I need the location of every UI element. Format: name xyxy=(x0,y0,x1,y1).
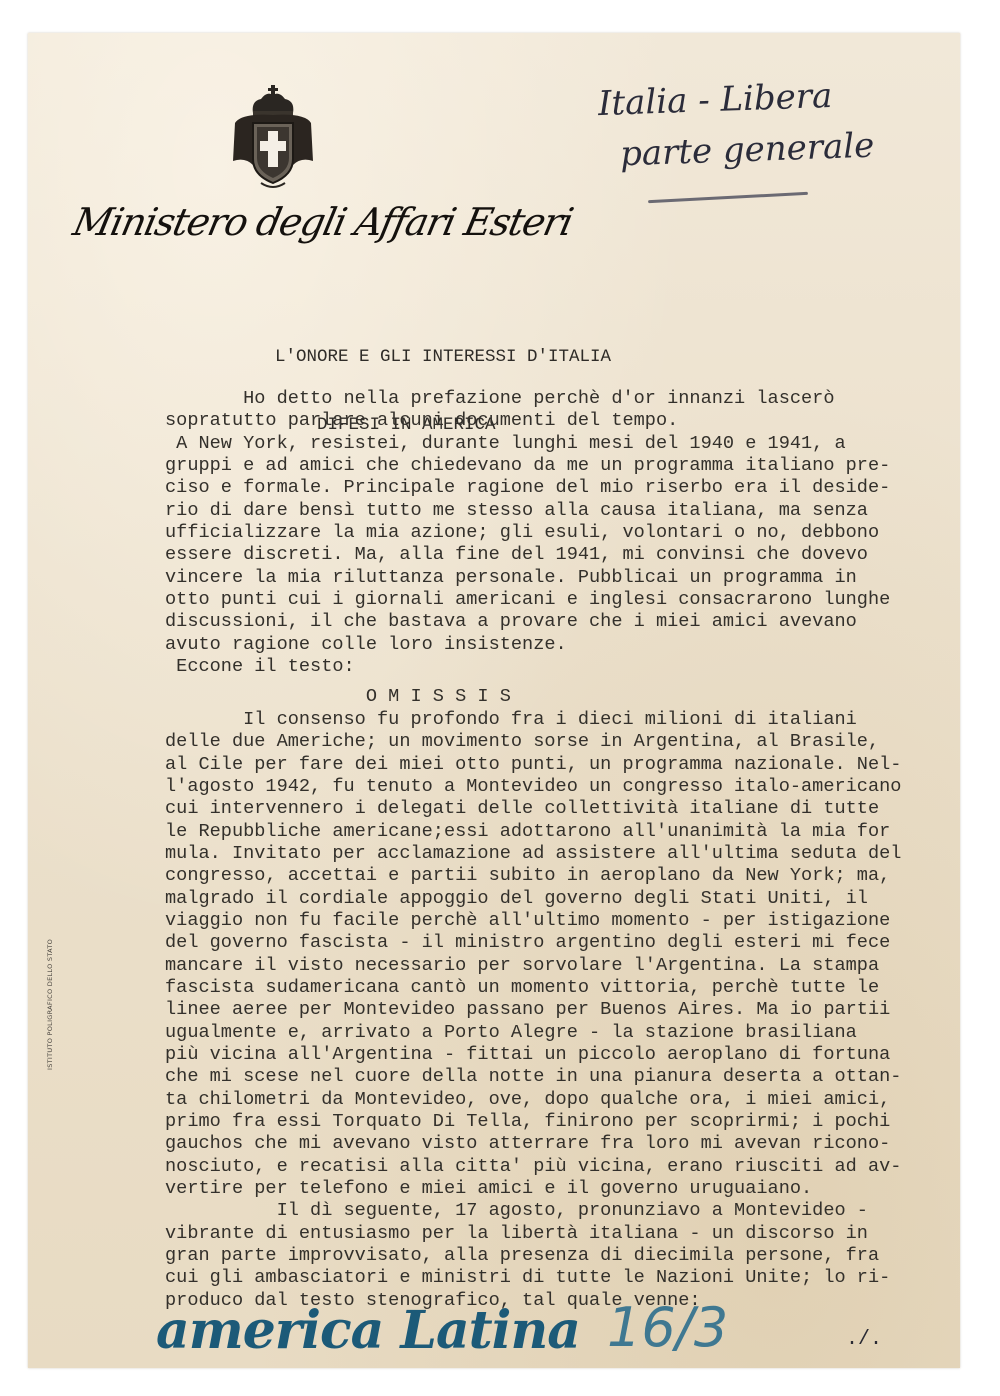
body-line: vincere la mia riluttanza personale. Pub… xyxy=(165,567,965,589)
body-line: essere discreti. Ma, alla fine del 1941,… xyxy=(165,544,965,566)
handwritten-note-title: Italia - Libera xyxy=(597,76,833,124)
body-line: ta chilometri da Montevideo, ove, dopo q… xyxy=(165,1089,965,1111)
body-line: Il consenso fu profondo fra i dieci mili… xyxy=(165,709,965,731)
body-line: l'agosto 1942, fu tenuto a Montevideo un… xyxy=(165,776,965,798)
body-line: Eccone il testo: xyxy=(165,656,965,678)
spacer xyxy=(165,678,965,686)
handwritten-category-note: america Latina xyxy=(156,1300,580,1361)
body-line: che mi scese nel cuore della notte in un… xyxy=(165,1066,965,1088)
body-line: ugualmente e, arrivato a Porto Alegre - … xyxy=(165,1022,965,1044)
body-line: linee aeree per Montevideo passano per B… xyxy=(165,999,965,1021)
body-line: Il dì seguente, 17 agosto, pronunziavo a… xyxy=(165,1200,965,1222)
printer-imprint: ISTITUTO POLIGRAFICO DELLO STATO xyxy=(46,939,54,1070)
body-line: vertire per telefono e miei amici e il g… xyxy=(165,1178,965,1200)
continuation-mark: ./. xyxy=(846,1328,882,1351)
body-line: del governo fascista - il ministro argen… xyxy=(165,932,965,954)
body-line: primo fra essi Torquato Di Tella, finiro… xyxy=(165,1111,965,1133)
body-line: ufficializzare la mia azione; gli esuli,… xyxy=(165,522,965,544)
body-line: delle due Americhe; un movimento sorse i… xyxy=(165,731,965,753)
body-line: al Cile per fare dei miei otto punti, un… xyxy=(165,754,965,776)
ministry-letterhead: Ministero degli Affari Esteri xyxy=(69,200,576,244)
body-line: vibrante di entusiasmo per la libertà it… xyxy=(165,1223,965,1245)
body-line: discussioni, il che bastava a provare ch… xyxy=(165,611,965,633)
body-line: mula. Invitato per acclamazione ad assis… xyxy=(165,843,965,865)
body-line: congresso, accettai e partii subito in a… xyxy=(165,865,965,887)
body-line: A New York, resistei, durante lunghi mes… xyxy=(165,433,965,455)
body-line: più vicina all'Argentina - fittai un pic… xyxy=(165,1044,965,1066)
body-line: ciso e formale. Principale ragione del m… xyxy=(165,477,965,499)
body-line: gran parte improvvisato, alla presenza d… xyxy=(165,1245,965,1267)
body-line: Ho detto nella prefazione perchè d'or in… xyxy=(165,388,965,410)
body-line: malgrado il cordiale appoggio del govern… xyxy=(165,888,965,910)
body-line: gruppi e ad amici che chiedevano da me u… xyxy=(165,455,965,477)
body-line: fascista sudamericana cantò un momento v… xyxy=(165,977,965,999)
body-line: avuto ragione colle loro insistenze. xyxy=(165,634,965,656)
document-body: Ho detto nella prefazione perchè d'or in… xyxy=(165,388,965,1312)
body-line: cui intervennero i delegati delle collet… xyxy=(165,798,965,820)
body-line: le Repubbliche americane;essi adottarono… xyxy=(165,821,965,843)
body-line: sopratutto parlare alcuni documenti del … xyxy=(165,410,965,432)
body-line: rio di dare bensì tutto me stesso alla c… xyxy=(165,500,965,522)
title-line-1: L'ONORE E GLI INTERESSI D'ITALIA xyxy=(275,346,611,368)
body-line: gauchos che mi avevano visto atterrare f… xyxy=(165,1133,965,1155)
body-line: otto punti cui i giornali americani e in… xyxy=(165,589,965,611)
savoy-crest-icon xyxy=(231,83,315,191)
body-line: viaggio non fu facile perchè all'ultimo … xyxy=(165,910,965,932)
body-line: cui gli ambasciatori e ministri di tutte… xyxy=(165,1267,965,1289)
body-line: mancare il visto necessario per sorvolar… xyxy=(165,955,965,977)
handwritten-reference-number: 16/3 xyxy=(607,1296,728,1359)
body-line: nosciuto, e recatisi alla citta' più vic… xyxy=(165,1156,965,1178)
omissis-heading: O M I S S I S xyxy=(165,686,965,708)
